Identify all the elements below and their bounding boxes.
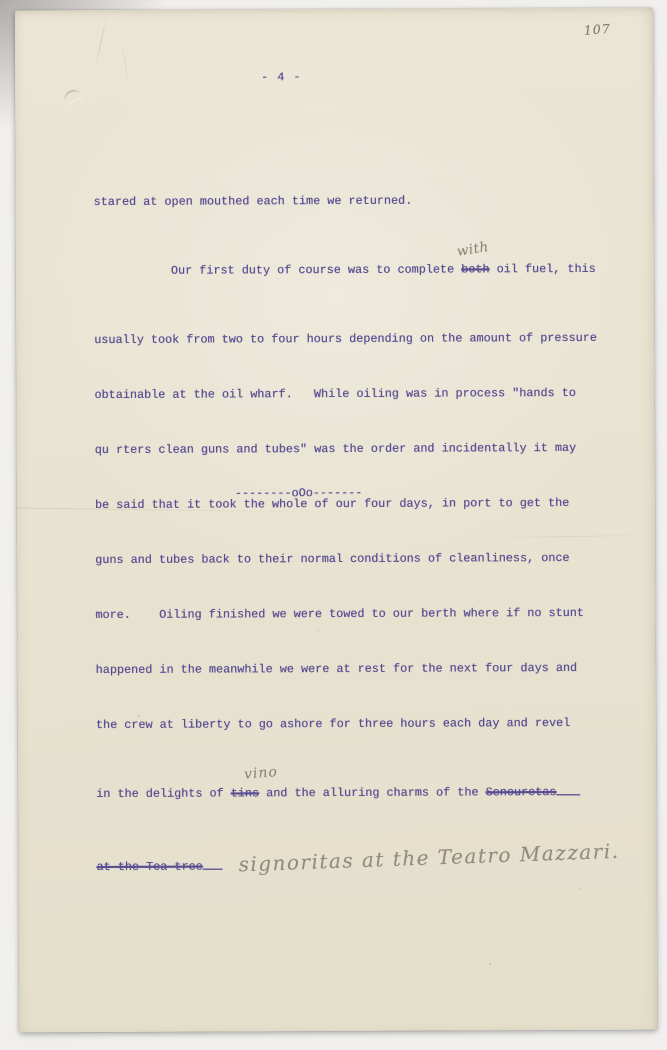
strike-tail (556, 789, 580, 801)
typed-line: Our first duty of course was to complete… (94, 256, 629, 285)
typed-text: and the alluring charms of the (259, 785, 486, 800)
typed-text-block: stared at open mouthed each time we retu… (93, 145, 631, 919)
typed-line: in the delights of vinotins and the allu… (96, 779, 631, 808)
typed-text: Our first duty of course was to complete (171, 262, 461, 277)
struck-text: at the Tea tree (96, 860, 202, 874)
corrected-word-wrap: withboth (461, 262, 489, 276)
paper-blemish (62, 87, 83, 104)
scanned-page-background: { "document": { "folio_number": "107", "… (0, 0, 667, 1050)
struck-text: Senouretas (486, 785, 557, 799)
typed-line: more. Oiling finished we were towed to o… (95, 600, 630, 629)
folio-number: 107 (583, 21, 611, 38)
typed-line: happened in the meanwhile we were at res… (96, 655, 631, 684)
typed-line: qu rters clean guns and tubes" was the o… (95, 435, 630, 464)
section-divider: --------oOo------- (235, 486, 362, 501)
handwritten-correction: vino (243, 759, 279, 788)
paper-speck (489, 963, 491, 965)
handwritten-note: signoritas at the Teatro Mazzari. (238, 838, 620, 879)
typed-text: in the delights of (96, 786, 231, 801)
typed-line: stared at open mouthed each time we retu… (94, 187, 629, 216)
strike-tail (203, 864, 223, 876)
typed-text: oil fuel, this (489, 262, 595, 276)
typed-line: the crew at liberty to go ashore for thr… (96, 710, 631, 739)
paper-sheet: 107 - 4 - stared at open mouthed each ti… (15, 8, 657, 1033)
typed-line: usually took from two to four hours depe… (94, 325, 629, 354)
typed-line: obtainable at the oil wharf. While oilin… (94, 380, 629, 409)
typed-line: at the Tea treesignoritas at the Teatro … (96, 848, 631, 877)
typed-line: be said that it took the whole of our fo… (95, 490, 630, 519)
corrected-word-wrap: vinotins (231, 786, 259, 800)
paper-crease (95, 15, 107, 70)
handwritten-correction: with (455, 234, 491, 266)
typed-line: guns and tubes back to their normal cond… (95, 545, 630, 574)
page-number: - 4 - (261, 70, 301, 84)
paper-crease (121, 41, 130, 84)
